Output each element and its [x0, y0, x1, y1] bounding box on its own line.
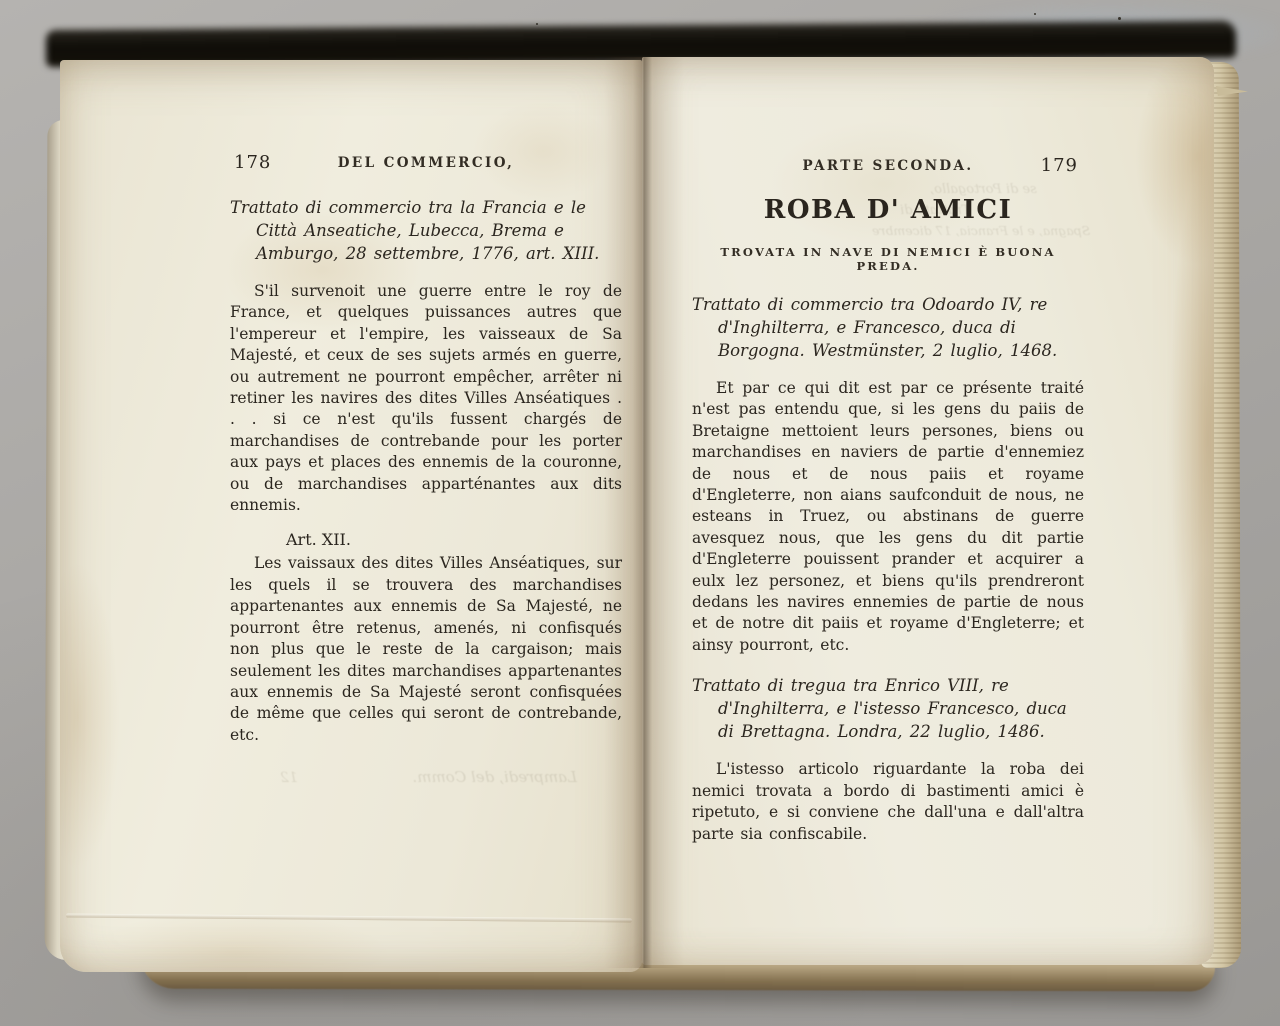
right-page-text-block: ROBA D' AMICI TROVATA IN NAVE DI NEMICI … — [692, 195, 1084, 851]
treaty-title: Trattato di commercio tra la Francia e l… — [230, 196, 622, 265]
page-number: 179 — [1041, 155, 1078, 176]
dust-speck — [536, 23, 538, 25]
treaty-title: Trattato di commercio tra Odoardo IV, re… — [692, 293, 1084, 362]
chapter-subtitle: TROVATA IN NAVE DI NEMICI È BUONA PREDA. — [692, 245, 1084, 273]
paragraph: Et par ce qui dit est par ce présente tr… — [692, 378, 1084, 656]
paragraph: Les vaissaux des dites Villes Anséatique… — [230, 553, 622, 746]
paragraph: L'istesso articolo riguardante la roba d… — [692, 759, 1084, 845]
left-page-text-block: Trattato di commercio tra la Francia e l… — [230, 196, 622, 752]
dust-speck — [1034, 13, 1036, 15]
dust-speck — [1118, 17, 1121, 20]
running-header: DEL COMMERCIO, — [338, 155, 514, 171]
paragraph: S'il survenoit une guerre entre le roy d… — [230, 281, 622, 516]
treaty-title: Trattato di tregua tra Enrico VIII, re d… — [692, 674, 1084, 743]
article-heading: Art. XII. — [286, 530, 622, 549]
page-number: 178 — [234, 152, 271, 173]
running-header: PARTE SECONDA. — [802, 158, 973, 174]
chapter-title: ROBA D' AMICI — [692, 195, 1084, 225]
photo-background: Lampredi, del Comm. 12 se di Portogallo,… — [0, 0, 1280, 1026]
